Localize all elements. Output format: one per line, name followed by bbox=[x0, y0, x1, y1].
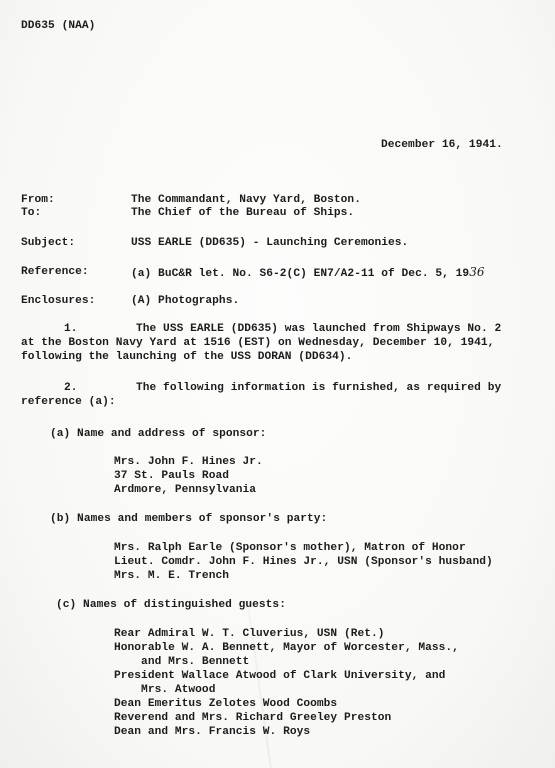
paragraph-1-number: 1. bbox=[64, 322, 78, 336]
party-member-3: Mrs. M. E. Trench bbox=[114, 569, 229, 583]
subject-value: USS EARLE (DD635) - Launching Ceremonies… bbox=[131, 236, 408, 250]
from-label: From: bbox=[21, 193, 55, 207]
reference-value: (a) BuC&R let. No. S6-2(C) EN7/A2-11 of … bbox=[131, 265, 485, 281]
enclosures-value: (A) Photographs. bbox=[131, 294, 239, 308]
guest-line-6: Dean Emeritus Zelotes Wood Coombs bbox=[114, 697, 337, 711]
party-member-1: Mrs. Ralph Earle (Sponsor's mother), Mat… bbox=[114, 541, 466, 555]
letter-date: December 16, 1941. bbox=[381, 138, 503, 152]
reference-handwritten-year: 36 bbox=[469, 265, 484, 279]
paragraph-2-number: 2. bbox=[64, 381, 78, 395]
section-c-heading: (c) Names of distinguished guests: bbox=[56, 598, 286, 612]
document-page: DD635 (NAA) December 16, 1941. From: The… bbox=[0, 0, 555, 768]
party-member-2: Lieut. Comdr. John F. Hines Jr., USN (Sp… bbox=[114, 555, 493, 569]
guest-line-4: President Wallace Atwood of Clark Univer… bbox=[114, 669, 445, 683]
guest-line-1: Rear Admiral W. T. Cluverius, USN (Ret.) bbox=[114, 627, 385, 641]
file-reference: DD635 (NAA) bbox=[21, 19, 95, 33]
paragraph-1-line-1: The USS EARLE (DD635) was launched from … bbox=[136, 322, 501, 336]
paragraph-2-line-1: The following information is furnished, … bbox=[136, 381, 501, 395]
guest-line-5: Mrs. Atwood bbox=[114, 683, 215, 697]
to-label: To: bbox=[21, 206, 41, 220]
guest-line-7: Reverend and Mrs. Richard Greeley Presto… bbox=[114, 711, 391, 725]
sponsor-name: Mrs. John F. Hines Jr. bbox=[114, 455, 263, 469]
section-a-heading: (a) Name and address of sponsor: bbox=[50, 427, 266, 441]
paragraph-1-line-2: at the Boston Navy Yard at 1516 (EST) on… bbox=[21, 336, 494, 350]
sponsor-city: Ardmore, Pennsylvania bbox=[114, 483, 256, 497]
guest-line-2: Honorable W. A. Bennett, Mayor of Worces… bbox=[114, 641, 459, 655]
from-value: The Commandant, Navy Yard, Boston. bbox=[131, 193, 361, 207]
enclosures-label: Enclosures: bbox=[21, 294, 95, 308]
reference-typed: (a) BuC&R let. No. S6-2(C) EN7/A2-11 of … bbox=[131, 268, 469, 280]
paragraph-2-line-2: reference (a): bbox=[21, 395, 116, 409]
reference-label: Reference: bbox=[21, 265, 89, 279]
paper-crease bbox=[246, 601, 271, 768]
subject-label: Subject: bbox=[21, 236, 75, 250]
sponsor-street: 37 St. Pauls Road bbox=[114, 469, 229, 483]
to-value: The Chief of the Bureau of Ships. bbox=[131, 206, 354, 220]
paragraph-1-line-3: following the launching of the USS DORAN… bbox=[21, 350, 352, 364]
guest-line-3: and Mrs. Bennett bbox=[114, 655, 249, 669]
guest-line-8: Dean and Mrs. Francis W. Roys bbox=[114, 725, 310, 739]
section-b-heading: (b) Names and members of sponsor's party… bbox=[50, 512, 327, 526]
